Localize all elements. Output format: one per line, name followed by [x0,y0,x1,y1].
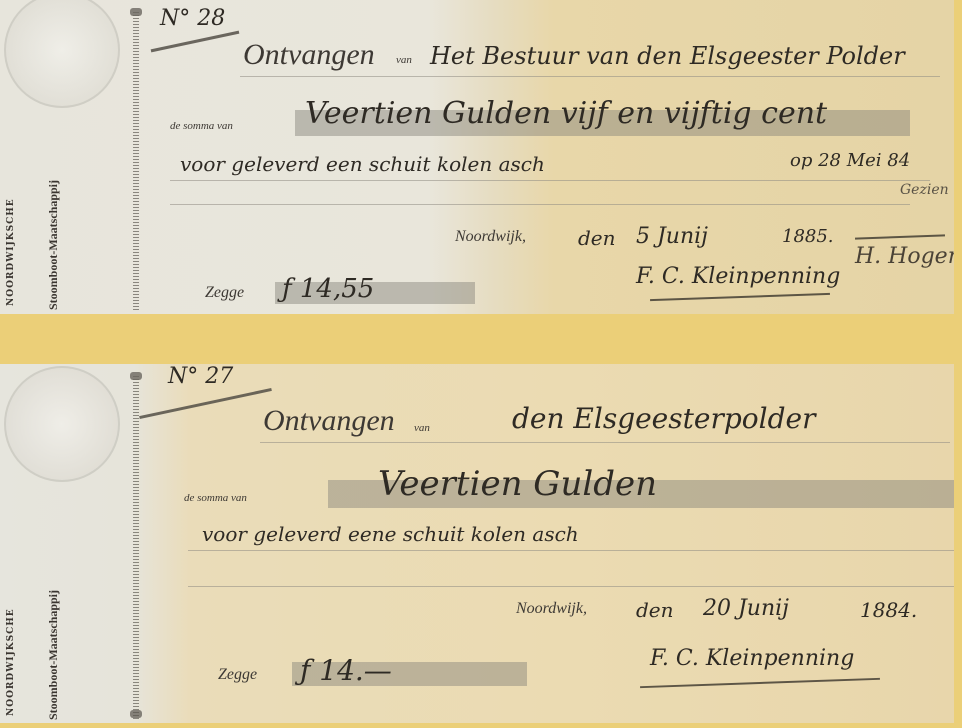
stub-company-line1: NOORDWIJKSCHE [6,608,16,716]
number-underline [139,388,272,419]
signature-flourish [650,293,830,301]
date-day-month: 5 Junij [636,224,708,249]
date-prefix: den [636,598,674,622]
signature: F. C. Kleinpenning [636,264,840,289]
received-from-prefix: van [414,422,430,434]
received-from: den Elsgeesterpolder [512,402,815,435]
for-text: voor geleverd een schuit kolen asch [180,152,545,176]
ruled-line [170,204,910,205]
countersign-note: Gezien [900,182,949,198]
embossed-seal-icon [4,0,120,108]
year: 1884. [860,598,917,622]
received-label: Ontvangen [243,38,375,72]
place: Noordwijk, [455,228,526,246]
countersignature: H. Hogen [855,244,954,269]
signature-flourish [640,678,880,688]
amount: ƒ 14.— [300,654,392,687]
receipt-stub: NOORDWIJKSCHE Stoomboot-Maatschappij [0,364,140,723]
place: Noordwijk, [516,600,587,618]
amount-label: Zegge [218,666,257,684]
perforation-ornament-icon [130,710,142,718]
signature: F. C. Kleinpenning [650,646,854,671]
sum-label: de somma van [170,120,233,132]
receipt-27: NOORDWIJKSCHE Stoomboot-Maatschappij N° … [0,364,954,723]
received-label: Ontvangen [263,404,395,438]
amount: ƒ 14,55 [282,274,374,304]
perforation-line [133,12,139,310]
stub-company-line2: Stoomboot-Maatschappij [46,180,61,310]
for-text: voor geleverd eene schuit kolen asch [202,522,579,546]
ruled-line [188,550,954,551]
ruled-line [188,586,954,587]
embossed-seal-icon [4,366,120,482]
receipt-28: NOORDWIJKSCHE Stoomboot-Maatschappij N° … [0,0,954,314]
ruled-line [260,442,950,443]
sum-text: Veertien Gulden [378,464,657,504]
received-from-prefix: van [396,54,412,66]
countersign-line [855,234,945,239]
year: 1885. [782,226,834,247]
received-from: Het Bestuur van den Elsgeester Polder [430,42,905,70]
for-note: op 28 Mei 84 [790,150,910,171]
ruled-line [240,76,940,77]
amount-label: Zegge [205,284,244,302]
number-underline [151,31,240,53]
stub-company-line2: Stoomboot-Maatschappij [46,590,61,720]
sum-text: Veertien Gulden vijf en vijftig cent [305,96,827,131]
receipt-stub: NOORDWIJKSCHE Stoomboot-Maatschappij [0,0,140,314]
stub-company-line1: NOORDWIJKSCHE [6,198,16,306]
sum-label: de somma van [184,492,247,504]
receipt-number: N° 28 [160,6,225,31]
ruled-line [170,180,930,181]
perforation-line [133,376,139,719]
date-prefix: den [578,226,616,250]
receipt-number: N° 27 [168,364,233,389]
date-day-month: 20 Junij [703,596,789,621]
